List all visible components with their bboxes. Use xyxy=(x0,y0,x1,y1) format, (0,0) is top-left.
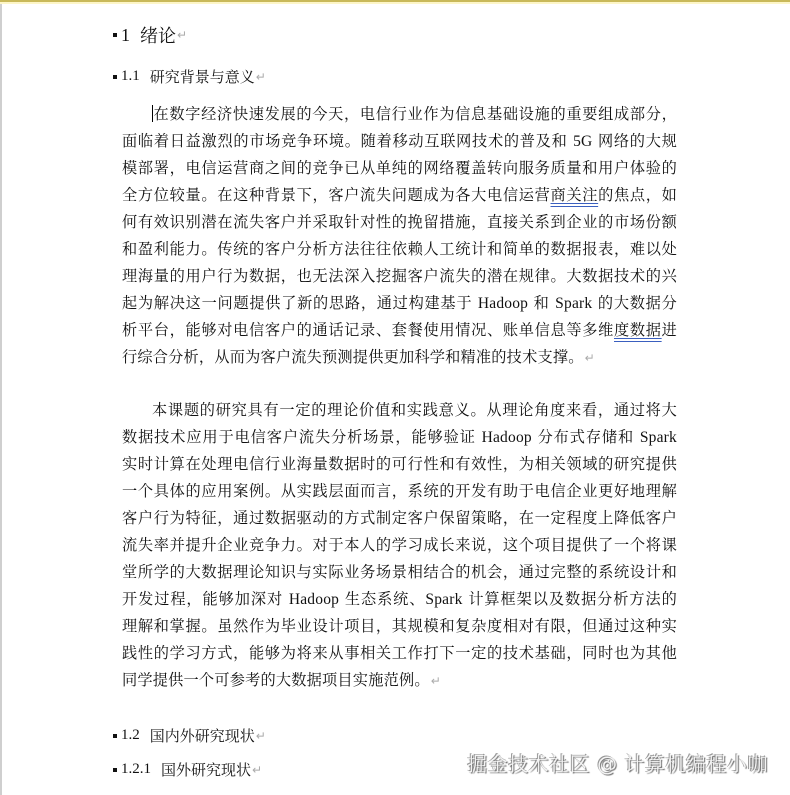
heading-1[interactable]: 1 绪论 ↵ xyxy=(113,22,187,48)
text-line: 本课题的研究具有一定的理论价值和实践意义。从理论角度来看，通过将大 xyxy=(122,397,677,424)
text-line: 全方位较量。在这种背景下，客户流失问题成为各大电信运营商关注的焦点，如 xyxy=(122,182,677,209)
text-line: 在数字经济快速发展的今天，电信行业作为信息基础设施的重要组成部分， xyxy=(122,101,677,128)
text-line: 起为解决这一问题提供了新的思路，通过构建基于 Hadoop 和 Spark 的大… xyxy=(122,290,677,317)
text-line: 实时计算在处理电信行业海量数据时的可行性和有效性，为相关领域的研究提供 xyxy=(122,451,677,478)
heading-title: 研究背景与意义 xyxy=(150,66,255,87)
text-line: 行综合分析，从而为客户流失预测提供更加科学和精准的技术支撑。↵ xyxy=(122,344,677,371)
text-line: 析平台，能够对电信客户的通话记录、套餐使用情况、账单信息等多维度数据进 xyxy=(122,317,677,344)
heading-title: 国外研究现状 xyxy=(161,759,251,780)
heading-1-2[interactable]: 1.2 国内外研究现状 ↵ xyxy=(113,725,266,746)
heading-marker-icon xyxy=(113,75,117,79)
heading-marker-icon xyxy=(113,768,117,772)
text-line: 同学提供一个可参考的大数据项目实施范例。↵ xyxy=(122,667,677,694)
heading-number: 1 xyxy=(121,25,130,46)
paragraph-mark-icon: ↵ xyxy=(177,28,187,42)
text-line: 面临着日益激烈的市场竞争环境。随着移动互联网技术的普及和 5G 网络的大规 xyxy=(122,128,677,155)
text-line: 开发过程，能够加深对 Hadoop 生态系统、Spark 计算框架以及数据分析方… xyxy=(122,586,677,613)
text-line: 理海量的用户行为数据，也无法深入挖掘客户流失的潜在规律。大数据技术的兴 xyxy=(122,263,677,290)
text-line: 客户行为特征，通过数据驱动的方式制定客户保留策略，在一定程度上降低客户 xyxy=(122,505,677,532)
heading-marker-icon xyxy=(113,33,117,37)
paragraph-background[interactable]: 在数字经济快速发展的今天，电信行业作为信息基础设施的重要组成部分， 面临着日益激… xyxy=(122,101,677,371)
grammar-underline[interactable]: 商关注 xyxy=(551,186,599,204)
text-line: 堂所学的大数据理论知识与实际业务场景相结合的机会，通过完整的系统设计和 xyxy=(122,559,677,586)
document-page[interactable]: 1 绪论 ↵ 1.1 研究背景与意义 ↵ 在数字经济快速发展的今天，电信行业作为… xyxy=(0,0,790,795)
watermark: 掘金技术社区 @ 计算机编程小咖 xyxy=(467,748,768,777)
heading-title: 绪论 xyxy=(140,22,176,48)
text-line: 和盈利能力。传统的客户分析方法往往依赖人工统计和简单的数据报表，难以处 xyxy=(122,236,677,263)
paragraph-mark-icon: ↵ xyxy=(252,763,262,777)
text-line: 何有效识别潜在流失客户并采取针对性的挽留措施，直接关系到企业的市场份额 xyxy=(122,209,677,236)
heading-number: 1.1 xyxy=(121,68,140,85)
heading-number: 1.2 xyxy=(121,727,140,744)
heading-1-1[interactable]: 1.1 研究背景与意义 ↵ xyxy=(113,66,266,87)
grammar-underline[interactable]: 度数据 xyxy=(614,321,662,339)
text-line: 一个具体的应用案例。从实践层面而言，系统的开发有助于电信企业更好地理解 xyxy=(122,478,677,505)
heading-marker-icon xyxy=(113,734,117,738)
heading-number: 1.2.1 xyxy=(121,761,151,778)
paragraph-mark-icon: ↵ xyxy=(256,70,266,84)
text-line: 践性的学习方式，能够为将来从事相关工作打下一定的技术基础，同时也为其他 xyxy=(122,640,677,667)
text-line: 流失率并提升企业竞争力。对于本人的学习成长来说，这个项目提供了一个将课 xyxy=(122,532,677,559)
paragraph-significance[interactable]: 本课题的研究具有一定的理论价值和实践意义。从理论角度来看，通过将大 数据技术应用… xyxy=(122,397,677,694)
heading-title: 国内外研究现状 xyxy=(150,725,255,746)
text-line: 理解和掌握。虽然作为毕业设计项目，其规模和复杂度相对有限，但通过这种实 xyxy=(122,613,677,640)
text-line: 模部署，电信运营商之间的竞争已从单纯的网络覆盖转向服务质量和用户体验的 xyxy=(122,155,677,182)
paragraph-mark-icon: ↵ xyxy=(431,674,441,688)
heading-1-2-1[interactable]: 1.2.1 国外研究现状 ↵ xyxy=(113,759,262,780)
text-line: 数据技术应用于电信客户流失分析场景，能够验证 Hadoop 分布式存储和 Spa… xyxy=(122,424,677,451)
paragraph-mark-icon: ↵ xyxy=(256,729,266,743)
paragraph-mark-icon: ↵ xyxy=(585,351,595,365)
